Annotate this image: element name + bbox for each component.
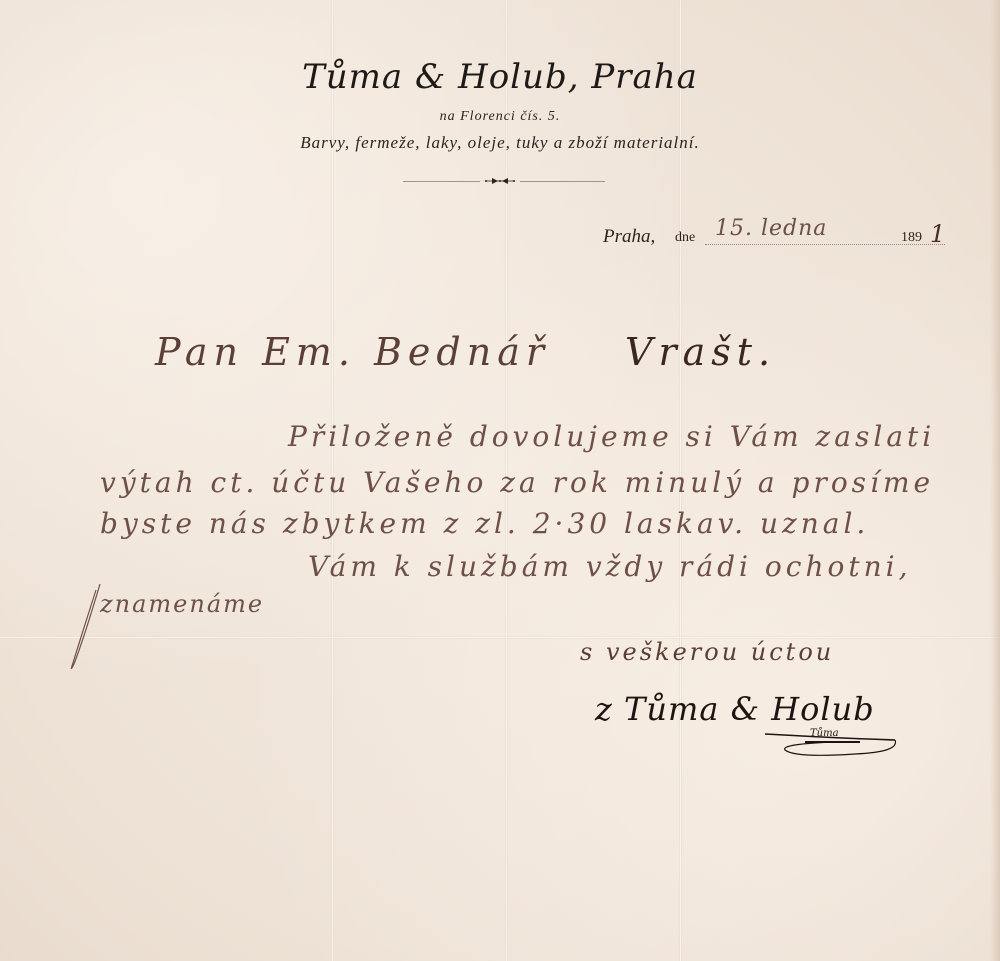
pen-stroke-icon	[60, 560, 120, 680]
body-line: Přiloženě dovolujeme si Vám zaslati	[288, 420, 935, 453]
company-products: Barvy, fermeže, laky, oleje, tuky a zbož…	[0, 133, 1000, 153]
body-line: byste nás zbytkem z zl. 2·30 laskav. uzn…	[100, 507, 869, 540]
body-line: znamenáme	[100, 590, 264, 618]
date-day-month: 15. ledna	[715, 216, 827, 241]
signature-flourish-icon	[595, 690, 905, 770]
body-line: Vám k službám vždy rádi ochotni,	[308, 550, 911, 583]
date-label: dne	[675, 230, 695, 246]
body-line: výtah ct. účtu Vašeho za rok minulý a pr…	[100, 466, 934, 499]
date-year-handwritten: 1	[930, 220, 945, 248]
signature: z Tůma & Holub Tůma	[595, 690, 905, 770]
company-address: na Florenci čís. 5.	[0, 109, 1000, 125]
recipient-place: Vrašt.	[625, 330, 776, 374]
recipient-line: Pan Em. Bednář Vrašt.	[155, 330, 550, 374]
closing-line: s veškerou úctou	[580, 638, 834, 666]
letterhead: Tůma & Holub, Praha na Florenci čís. 5. …	[0, 55, 1000, 153]
company-name: Tůma & Holub, Praha	[0, 55, 1000, 99]
date-year-printed: 189	[901, 230, 922, 246]
ornament-icon	[480, 174, 520, 192]
date-line: Praha, dne 15. ledna 189 1	[603, 222, 953, 250]
date-city: Praha,	[603, 226, 655, 248]
recipient-name: Pan Em. Bednář	[155, 330, 550, 374]
letter-page: Tůma & Holub, Praha na Florenci čís. 5. …	[0, 0, 1000, 961]
fold-line	[0, 636, 1000, 639]
